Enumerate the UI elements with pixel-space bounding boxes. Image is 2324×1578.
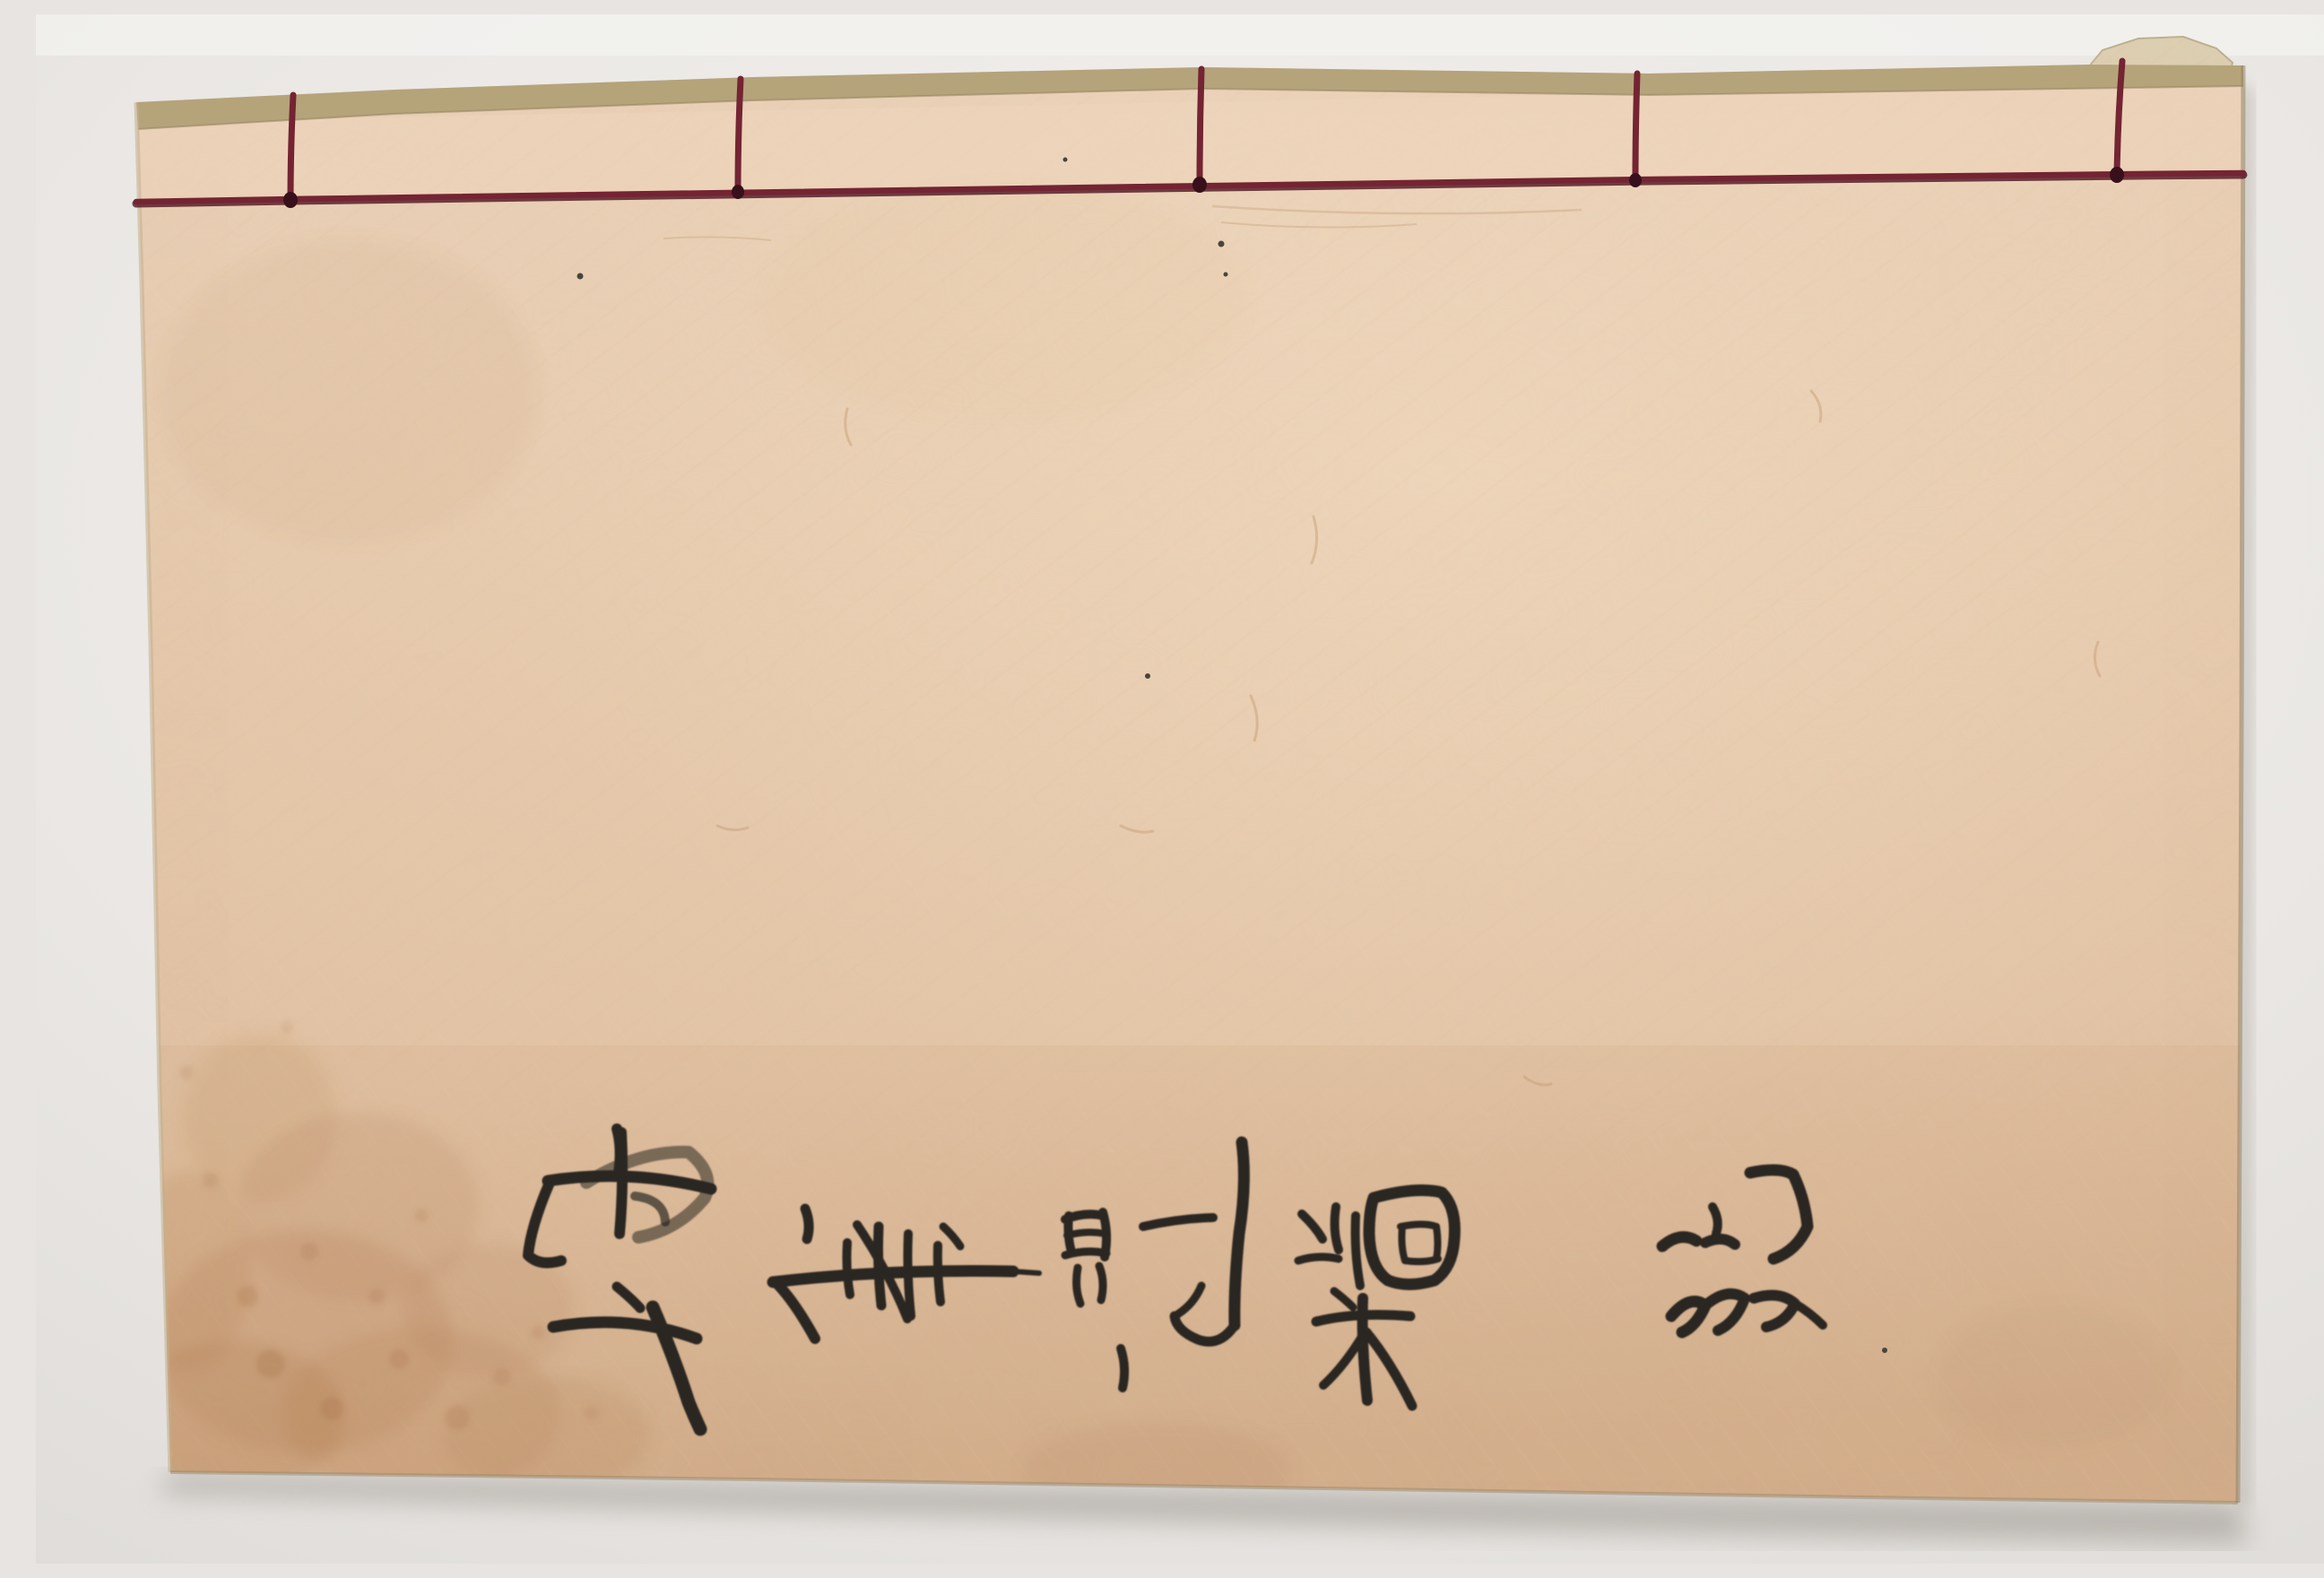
book-photo: 梅峯遺稿 乾 bbox=[36, 14, 2324, 1564]
binding-stitch bbox=[1200, 69, 1201, 184]
backdrop-top-highlight bbox=[36, 14, 2324, 56]
binding-stitch bbox=[1635, 74, 1637, 179]
binding-stitch bbox=[738, 79, 741, 191]
book bbox=[121, 32, 2259, 1530]
binding-stitch bbox=[290, 95, 293, 199]
book-photo-svg bbox=[36, 14, 2324, 1564]
